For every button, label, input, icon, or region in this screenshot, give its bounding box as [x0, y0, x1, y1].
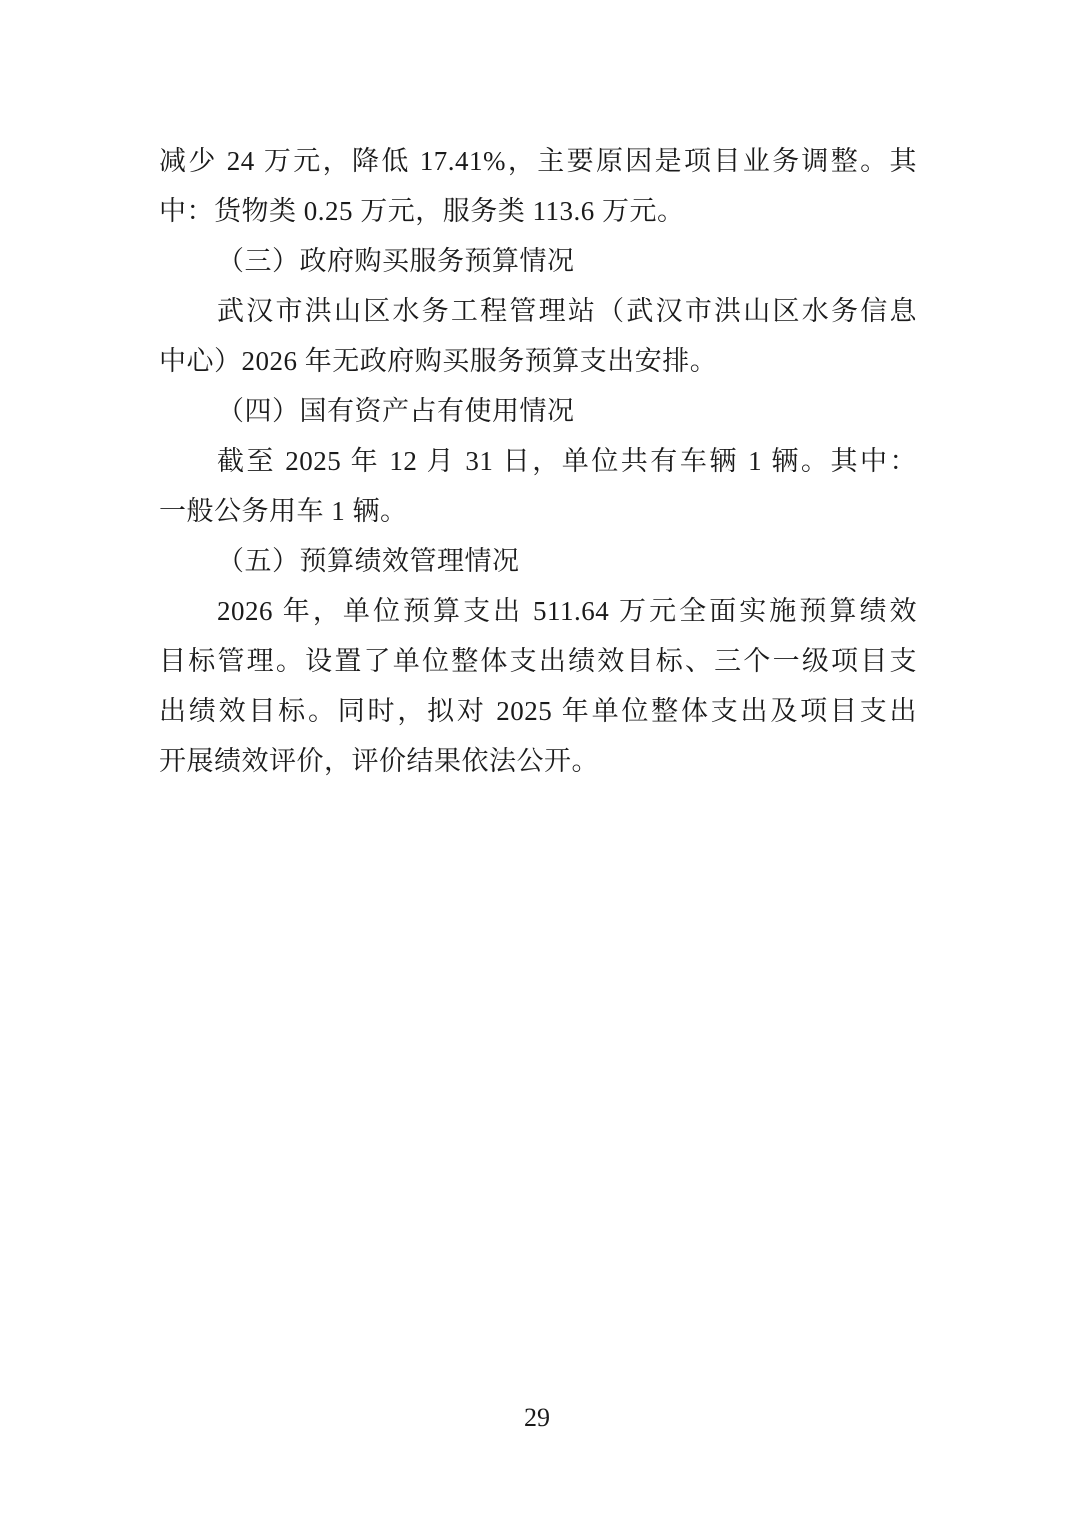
text-line: 截至 2025 年 12 月 31 日，单位共有车辆 1 辆。其中： — [159, 436, 917, 486]
text-line: 一般公务用车 1 辆。 — [159, 486, 917, 536]
text-line: 减少 24 万元，降低 17.41%，主要原因是项目业务调整。其 — [159, 136, 917, 186]
text-line: 出绩效目标。同时，拟对 2025 年单位整体支出及项目支出 — [159, 686, 917, 736]
text-line: 中：货物类 0.25 万元，服务类 113.6 万元。 — [159, 186, 917, 236]
text-line: 2026 年，单位预算支出 511.64 万元全面实施预算绩效 — [159, 586, 917, 636]
text-line: 中心）2026 年无政府购买服务预算支出安排。 — [159, 336, 917, 386]
text-line: 武汉市洪山区水务工程管理站（武汉市洪山区水务信息 — [159, 286, 917, 336]
text-line: 开展绩效评价，评价结果依法公开。 — [159, 736, 917, 786]
document-page: 减少 24 万元，降低 17.41%，主要原因是项目业务调整。其 中：货物类 0… — [0, 0, 1074, 1520]
text-line: 目标管理。设置了单位整体支出绩效目标、三个一级项目支 — [159, 636, 917, 686]
section-heading-3: （三）政府购买服务预算情况 — [159, 236, 917, 286]
section-heading-4: （四）国有资产占有使用情况 — [159, 386, 917, 436]
page-number: 29 — [0, 1398, 1074, 1438]
section-heading-5: （五）预算绩效管理情况 — [159, 536, 917, 586]
document-body: 减少 24 万元，降低 17.41%，主要原因是项目业务调整。其 中：货物类 0… — [159, 136, 917, 786]
